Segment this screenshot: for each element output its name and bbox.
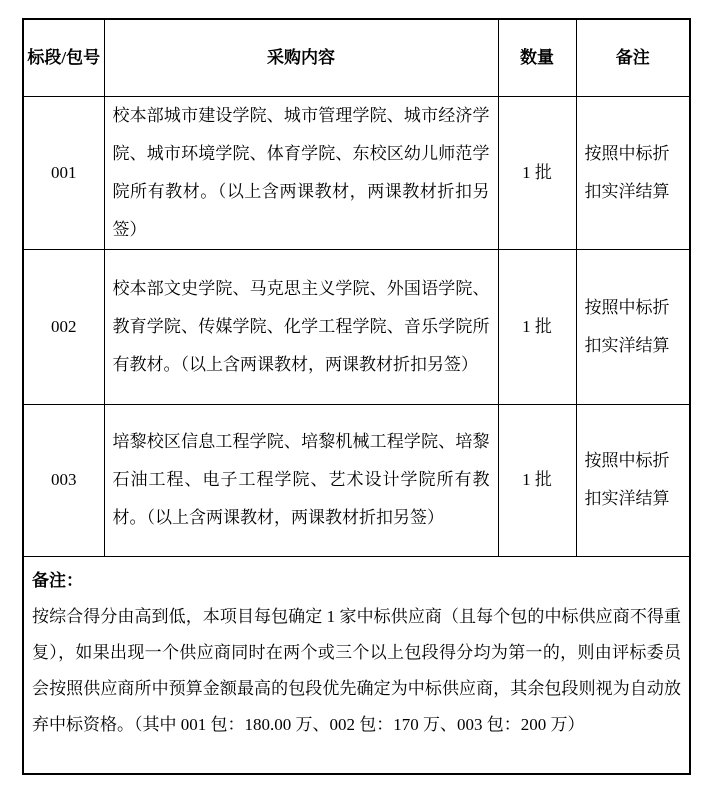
- package-no-cell: 002: [23, 249, 104, 404]
- content-cell: 培黎校区信息工程学院、培黎机械工程学院、培黎石油工程、电子工程学院、艺术设计学院…: [104, 404, 498, 556]
- table-header-row: 标段/包号 采购内容 数量 备注: [23, 19, 690, 96]
- quantity-cell: 1 批: [498, 96, 576, 249]
- content-cell: 校本部城市建设学院、城市管理学院、城市经济学院、城市环境学院、体育学院、东校区幼…: [104, 96, 498, 249]
- footnote-text: 按综合得分由高到低，本项目每包确定 1 家中标供应商（且每个包的中标供应商不得重…: [32, 599, 681, 743]
- remark-cell: 按照中标折扣实洋结算: [576, 249, 690, 404]
- table-row: 003 培黎校区信息工程学院、培黎机械工程学院、培黎石油工程、电子工程学院、艺术…: [23, 404, 690, 556]
- package-no-cell: 003: [23, 404, 104, 556]
- table-row: 001 校本部城市建设学院、城市管理学院、城市经济学院、城市环境学院、体育学院、…: [23, 96, 690, 249]
- quantity-cell: 1 批: [498, 404, 576, 556]
- footnote-row: 备注： 按综合得分由高到低，本项目每包确定 1 家中标供应商（且每个包的中标供应…: [23, 556, 690, 774]
- table-row: 002 校本部文史学院、马克思主义学院、外国语学院、教育学院、传媒学院、化学工程…: [23, 249, 690, 404]
- footnote-cell: 备注： 按综合得分由高到低，本项目每包确定 1 家中标供应商（且每个包的中标供应…: [23, 556, 690, 774]
- package-no-cell: 001: [23, 96, 104, 249]
- quantity-cell: 1 批: [498, 249, 576, 404]
- remark-cell: 按照中标折扣实洋结算: [576, 96, 690, 249]
- content-cell: 校本部文史学院、马克思主义学院、外国语学院、教育学院、传媒学院、化学工程学院、音…: [104, 249, 498, 404]
- document-page: { "table": { "headers": { "package_no": …: [0, 18, 704, 804]
- footnote-label: 备注：: [32, 563, 681, 599]
- header-package-no: 标段/包号: [23, 19, 104, 96]
- procurement-table: 标段/包号 采购内容 数量 备注 001 校本部城市建设学院、城市管理学院、城市…: [22, 18, 691, 775]
- header-quantity: 数量: [498, 19, 576, 96]
- header-remark: 备注: [576, 19, 690, 96]
- header-content: 采购内容: [104, 19, 498, 96]
- remark-cell: 按照中标折扣实洋结算: [576, 404, 690, 556]
